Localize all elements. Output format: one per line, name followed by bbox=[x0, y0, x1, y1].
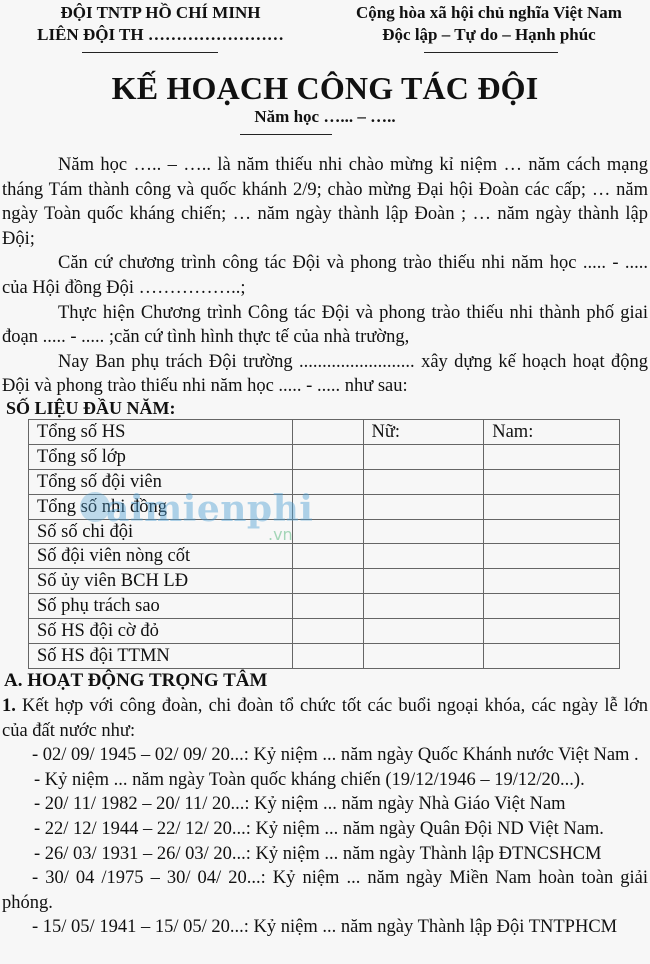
school-year-subtitle: Năm học …... – ….. bbox=[0, 106, 650, 128]
table-row: Tổng số lớp bbox=[29, 444, 620, 469]
stats-heading: SỐ LIỆU ĐẦU NĂM: bbox=[6, 397, 176, 419]
table-row: Số ủy viên BCH LĐ bbox=[29, 569, 620, 594]
national-motto-header: Cộng hòa xã hội chủ nghĩa Việt Nam Độc l… bbox=[330, 2, 648, 46]
event-text: - 20/ 11/ 1982 – 20/ 11/ 20...: Kỷ niệm … bbox=[34, 794, 566, 814]
item-1-number: 1. bbox=[2, 696, 16, 716]
table-cell: Nam: bbox=[484, 420, 620, 445]
event-item: - 26/ 03/ 1931 – 26/ 03/ 20...: Kỷ niệm … bbox=[2, 842, 648, 867]
section-a-heading: A. HOẠT ĐỘNG TRỌNG TÂM bbox=[4, 670, 267, 692]
document-title: KẾ HOẠCH CÔNG TÁC ĐỘI bbox=[0, 68, 650, 108]
table-cell bbox=[484, 544, 620, 569]
table-cell bbox=[292, 569, 363, 594]
event-text: - 15/ 05/ 1941 – 15/ 05/ 20...: Kỷ niệm … bbox=[32, 917, 617, 937]
table-cell bbox=[363, 544, 484, 569]
event-text: - 02/ 09/ 1945 – 02/ 09/ 20...: Kỷ niệm … bbox=[32, 745, 639, 765]
intro-paragraph: Năm học ….. – ….. là năm thiếu nhi chào … bbox=[2, 153, 648, 251]
table-cell bbox=[363, 519, 484, 544]
table-cell bbox=[292, 644, 363, 669]
table-cell: Nữ: bbox=[363, 420, 484, 445]
school-unit-name: LIÊN ĐỘI TH …………………… bbox=[8, 24, 313, 46]
event-text: - 30/ 04 /1975 – 30/ 04/ 20...: Kỷ niệm … bbox=[2, 868, 648, 913]
intro-paragraph: Thực hiện Chương trình Công tác Đội và p… bbox=[2, 301, 648, 350]
event-item: - Kỷ niệm ... năm ngày Toàn quốc kháng c… bbox=[2, 768, 648, 793]
document-page: ĐỘI TNTP HỒ CHÍ MINH LIÊN ĐỘI TH …………………… bbox=[0, 0, 650, 964]
row-label: Số phụ trách sao bbox=[29, 594, 293, 619]
organization-header: ĐỘI TNTP HỒ CHÍ MINH LIÊN ĐỘI TH …………………… bbox=[8, 2, 313, 46]
table-cell bbox=[484, 469, 620, 494]
table-cell bbox=[484, 444, 620, 469]
table-cell bbox=[363, 494, 484, 519]
event-item: - 30/ 04 /1975 – 30/ 04/ 20...: Kỷ niệm … bbox=[2, 866, 648, 915]
row-label: Tổng số lớp bbox=[29, 444, 293, 469]
table-row: Số HS đội cờ đỏ bbox=[29, 619, 620, 644]
row-label: Số đội viên nòng cốt bbox=[29, 544, 293, 569]
table-cell bbox=[484, 519, 620, 544]
event-item: - 22/ 12/ 1944 – 22/ 12/ 20...: Kỷ niệm … bbox=[2, 817, 648, 842]
table-cell bbox=[292, 619, 363, 644]
table-cell bbox=[363, 619, 484, 644]
table-cell bbox=[484, 594, 620, 619]
header-right-divider bbox=[424, 52, 558, 53]
item-1-text: Kết hợp với công đoàn, chi đoàn tổ chức … bbox=[2, 696, 648, 741]
event-text: - 26/ 03/ 1931 – 26/ 03/ 20...: Kỷ niệm … bbox=[34, 844, 601, 864]
event-item: - 15/ 05/ 1941 – 15/ 05/ 20...: Kỷ niệm … bbox=[2, 915, 648, 940]
table-cell bbox=[292, 544, 363, 569]
event-text: - Kỷ niệm ... năm ngày Toàn quốc kháng c… bbox=[34, 770, 585, 790]
table-cell bbox=[484, 494, 620, 519]
section-a-body: 1. Kết hợp với công đoàn, chi đoàn tổ ch… bbox=[2, 694, 648, 940]
row-label: Số HS đội TTMN bbox=[29, 644, 293, 669]
table-row: Số HS đội TTMN bbox=[29, 644, 620, 669]
intro-paragraph: Căn cứ chương trình công tác Đội và phon… bbox=[2, 251, 648, 300]
row-label: Số HS đội cờ đỏ bbox=[29, 619, 293, 644]
country-name: Cộng hòa xã hội chủ nghĩa Việt Nam bbox=[330, 2, 648, 24]
table-cell bbox=[363, 644, 484, 669]
table-cell bbox=[363, 594, 484, 619]
table-cell bbox=[484, 569, 620, 594]
event-item: - 02/ 09/ 1945 – 02/ 09/ 20...: Kỷ niệm … bbox=[2, 743, 648, 768]
row-label: Tổng số HS bbox=[29, 420, 293, 445]
table-cell bbox=[363, 469, 484, 494]
table-cell bbox=[292, 420, 363, 445]
watermark-text: aimienphi bbox=[106, 488, 313, 530]
row-label: Số ủy viên BCH LĐ bbox=[29, 569, 293, 594]
intro-paragraphs: Năm học ….. – ….. là năm thiếu nhi chào … bbox=[2, 153, 648, 399]
table-row: Số đội viên nòng cốt bbox=[29, 544, 620, 569]
watermark-suffix: .vn bbox=[268, 525, 293, 544]
organization-name: ĐỘI TNTP HỒ CHÍ MINH bbox=[8, 2, 313, 24]
table-row: Tổng số HSNữ:Nam: bbox=[29, 420, 620, 445]
item-1: 1. Kết hợp với công đoàn, chi đoàn tổ ch… bbox=[2, 694, 648, 743]
watermark: aimienphi bbox=[80, 488, 313, 530]
table-cell bbox=[484, 644, 620, 669]
intro-paragraph: Nay Ban phụ trách Đội trường ...........… bbox=[2, 350, 648, 399]
table-cell bbox=[484, 619, 620, 644]
table-cell bbox=[292, 594, 363, 619]
subtitle-underline bbox=[240, 134, 332, 135]
national-motto: Độc lập – Tự do – Hạnh phúc bbox=[330, 24, 648, 46]
table-row: Số phụ trách sao bbox=[29, 594, 620, 619]
event-item: - 20/ 11/ 1982 – 20/ 11/ 20...: Kỷ niệm … bbox=[2, 792, 648, 817]
table-cell bbox=[363, 444, 484, 469]
header-left-divider bbox=[82, 52, 218, 53]
event-text: - 22/ 12/ 1944 – 22/ 12/ 20...: Kỷ niệm … bbox=[34, 819, 604, 839]
stats-table: Tổng số HSNữ:Nam:Tổng số lớpTổng số đội … bbox=[28, 419, 620, 669]
table-cell bbox=[292, 444, 363, 469]
table-cell bbox=[363, 569, 484, 594]
